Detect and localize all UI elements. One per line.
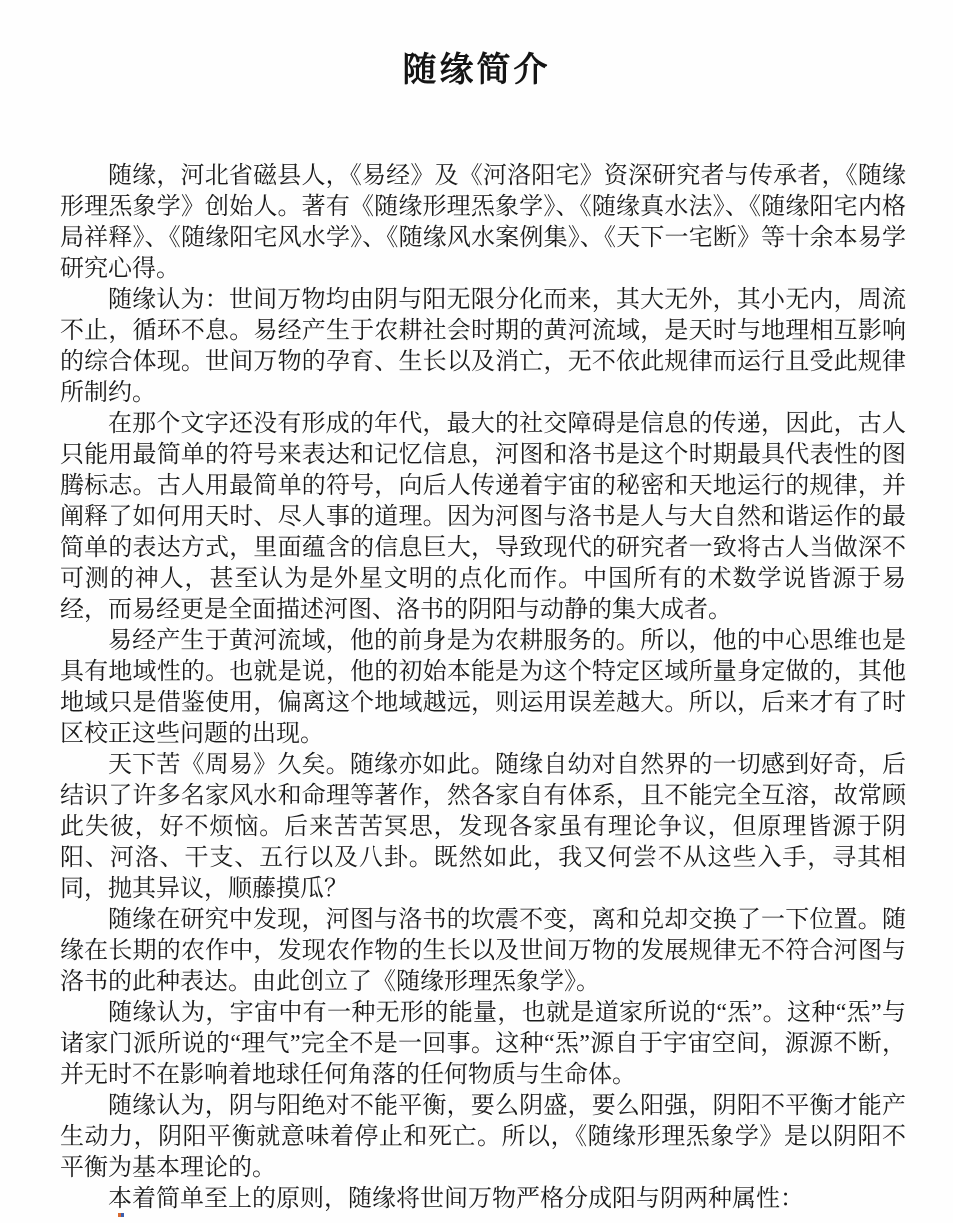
clipped-fragment-blue-mark [121, 1213, 124, 1217]
paragraph-hetu-luoshu: 在那个文字还没有形成的年代，最大的社交障碍是信息的传递，因此，古人只能用最简单的… [60, 409, 906, 626]
paragraph-discovery: 随缘在研究中发现，河图与洛书的坎震不变，离和兑却交换了一下位置。随缘在长期的农作… [60, 905, 906, 998]
paragraph-yinyang-theory: 随缘认为：世间万物均由阴与阳无限分化而来，其大无外，其小无内，周流不止，循环不息… [60, 285, 906, 409]
paragraph-intro-author: 随缘，河北省磁县人，《易经》及《河洛阳宅》资深研究者与传承者，《随缘形理炁象学》… [60, 161, 906, 285]
page-title: 随缘简介 [0, 0, 953, 91]
clipped-text-fragment [118, 1213, 124, 1217]
paragraph-imbalance-theory: 随缘认为，阴与阳绝对不能平衡，要么阴盛，要么阳强，阴阳不平衡才能产生动力，阴阳平… [60, 1091, 906, 1184]
document-page: 随缘简介 随缘，河北省磁县人，《易经》及《河洛阳宅》资深研究者与传承者，《随缘形… [0, 0, 953, 1223]
paragraph-two-attributes: 本着简单至上的原则，随缘将世间万物严格分成阳与阴两种属性： [60, 1184, 906, 1215]
paragraph-yijing-region: 易经产生于黄河流域，他的前身是为农耕服务的。所以，他的中心思维也是具有地域性的。… [60, 626, 906, 750]
body-text: 随缘，河北省磁县人，《易经》及《河洛阳宅》资深研究者与传承者，《随缘形理炁象学》… [60, 161, 906, 1215]
paragraph-qi-energy: 随缘认为，宇宙中有一种无形的能量，也就是道家所说的“炁”。这种“炁”与诸家门派所… [60, 998, 906, 1091]
paragraph-zhouyi-study: 天下苦《周易》久矣。随缘亦如此。随缘自幼对自然界的一切感到好奇，后结识了许多名家… [60, 750, 906, 905]
